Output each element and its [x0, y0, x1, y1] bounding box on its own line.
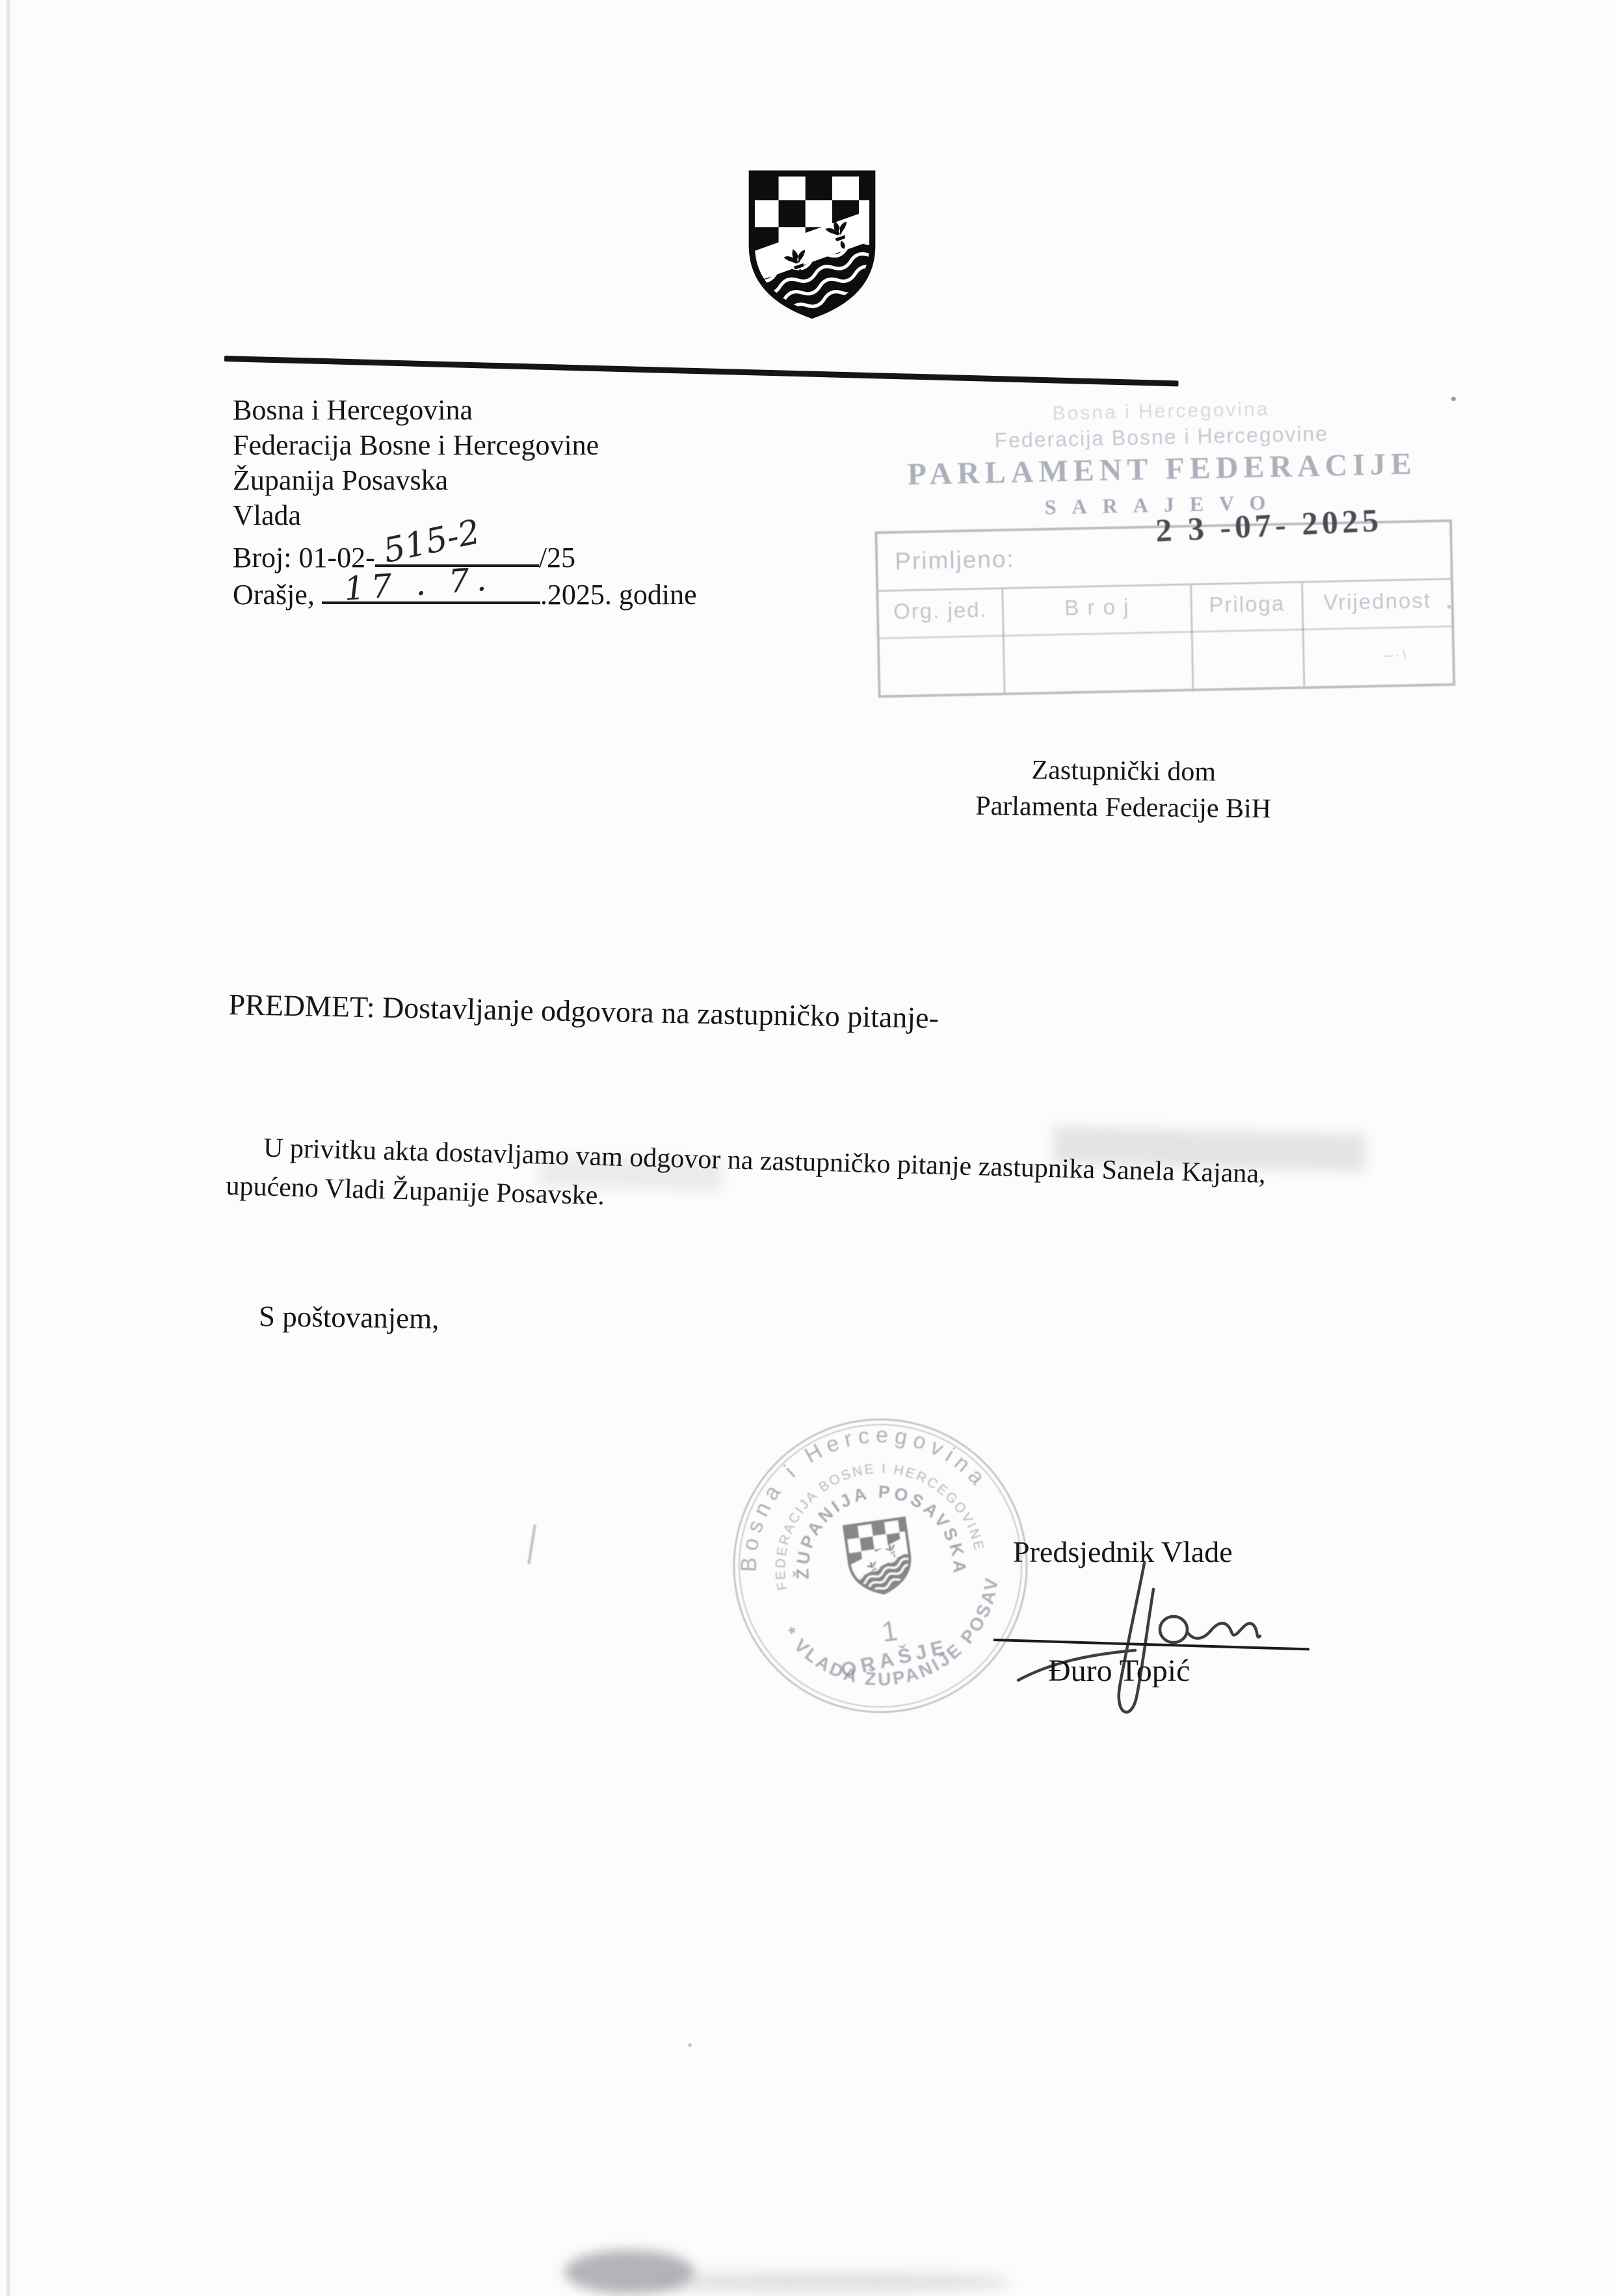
receipt-stamp: Bosna i Hercegovina Federacija Bosne i H…: [865, 391, 1462, 709]
addressee-line-1: Zastupnički dom: [915, 751, 1332, 792]
scan-edge-shadow: [7, 0, 10, 2296]
reference-number-suffix: /25: [539, 542, 575, 574]
round-stamp-icon: Bosna i Hercegovina FEDERACIJA BOSNE I H…: [728, 1401, 1032, 1731]
header-rule: [224, 356, 1179, 386]
receipt-col-vrijednost: Vrijednost: [1303, 580, 1453, 687]
receipt-col-org: Org. jed.: [878, 589, 1005, 695]
stray-pen-mark: [527, 1524, 536, 1564]
salutation: S poštovanjem,: [259, 1299, 440, 1336]
receipt-col-broj: B r o j: [1003, 585, 1194, 693]
signer-name: Đuro Topić: [1048, 1653, 1190, 1689]
round-stamp-shield-icon: [820, 1512, 940, 1620]
receipt-columns: Org. jed. B r o j Priloga Vrijednost: [878, 580, 1453, 695]
received-label: Primljeno:: [895, 546, 1015, 575]
date-suffix: .2025. godine: [540, 579, 697, 611]
reference-number-label: Broj: 01-02-: [233, 542, 375, 574]
letterhead: Bosna i Hercegovina Federacija Bosne i H…: [233, 393, 697, 613]
addressee-line-2: Parlamenta Federacije BiH: [915, 787, 1332, 828]
place-label: Orašje,: [233, 579, 315, 611]
letterhead-line-county: Županija Posavska: [233, 463, 697, 498]
signer-title: Predsjednik Vlade: [1013, 1535, 1233, 1569]
round-stamp-number: 1: [880, 1615, 900, 1648]
addressee-block: Zastupnički dom Parlamenta Federacije Bi…: [915, 751, 1332, 828]
receipt-stray-mark: –·\: [1384, 646, 1409, 664]
letterhead-line-country: Bosna i Hercegovina: [233, 393, 697, 428]
date-line: Orašje, 17 . 7..2025. godine: [233, 575, 697, 613]
scanned-letter-page: Bosna i Hercegovina Federacija Bosne i H…: [0, 0, 1617, 2296]
date-blank: 17 . 7.: [322, 575, 540, 604]
subject-line: PREDMET: Dostavljanje odgovora na zastup…: [228, 987, 939, 1035]
coat-of-arms-icon: [745, 166, 879, 321]
scan-speck: [688, 2043, 692, 2047]
scan-smudge: [657, 2273, 1008, 2291]
receipt-col-prilog: Priloga: [1192, 583, 1305, 689]
letterhead-line-federation: Federacija Bosne i Hercegovine: [233, 428, 697, 463]
